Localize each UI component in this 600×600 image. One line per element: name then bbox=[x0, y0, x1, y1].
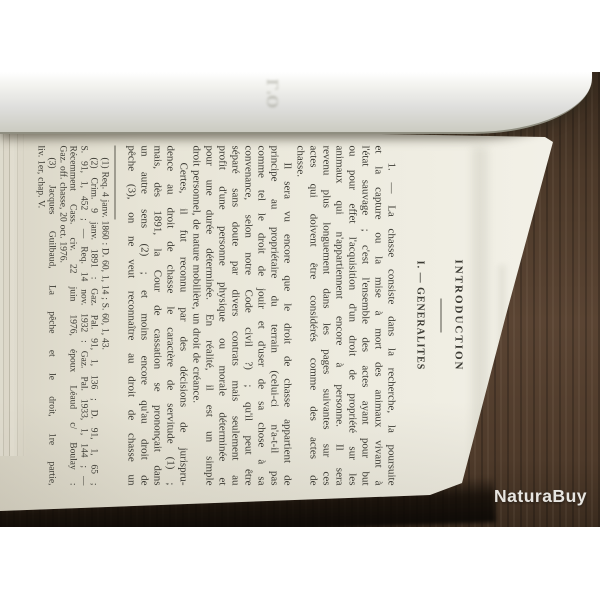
text-line: revenu plus longuement dans les pages su… bbox=[320, 146, 333, 486]
naturabuy-watermark: NaturaBuy bbox=[494, 486, 587, 507]
text-line: Certes, il fut reconnu par des décisions… bbox=[177, 146, 190, 486]
photo-content: INTRODUCTION I. — GENERALITES 1. — La ch… bbox=[0, 72, 600, 527]
footnote-rule bbox=[115, 146, 116, 220]
text-line: droit personnel, de nature mobilière, un… bbox=[190, 146, 203, 486]
text-line: (1) Req. 4 janv. 1860 : D. 60, 1, 14 ; S… bbox=[99, 146, 110, 486]
text-line: et la capture ou la mise à mort des anim… bbox=[372, 146, 385, 486]
text-line: profit d'une personne physique ou morale… bbox=[216, 146, 229, 486]
text-line: 1. — La chasse consiste dans la recherch… bbox=[385, 146, 398, 486]
text-line: mais, dès 1891, la Cour de cassation se … bbox=[151, 146, 164, 486]
text-line: convenance, selon notre Code civil ?) ; … bbox=[242, 146, 255, 486]
footnote-text: (1) Req. 4 janv. 1860 : D. 60, 1, 14 ; S… bbox=[35, 146, 109, 486]
text-line: Gaz. off. chasse, 20 oct. 1976. bbox=[57, 146, 68, 486]
page-heading: INTRODUCTION bbox=[453, 146, 465, 486]
text-line: un autre sens (2) ; et moins encore qu'a… bbox=[138, 146, 151, 486]
heading-rule bbox=[441, 299, 442, 333]
text-line: (3) Jacques Guilbaud, La pêche et le dro… bbox=[46, 146, 57, 486]
body-text: 1. — La chasse consiste dans la recherch… bbox=[125, 146, 398, 486]
text-line: chasse. bbox=[294, 146, 307, 486]
section-heading: I. — GENERALITES bbox=[415, 146, 426, 486]
text-line: animaux qui n'appartiennent encore à per… bbox=[333, 146, 346, 486]
photo: INTRODUCTION I. — GENERALITES 1. — La ch… bbox=[0, 0, 600, 600]
text-line: pêche (3), on ne veut reconnaître au dro… bbox=[125, 146, 138, 486]
turned-page-ghost-text: L'O bbox=[263, 79, 309, 119]
text-line: liv. 1er, chap. V. bbox=[35, 146, 46, 486]
text-line: ou pour effet l'acquisition d'un droit d… bbox=[346, 146, 359, 486]
text-line: Récemment Cass. civ. 22 juin 1976, époux… bbox=[67, 146, 78, 486]
text-line: pour une durée déterminée. En réalité, i… bbox=[203, 146, 216, 486]
text-line: Il sera vu encore que le droit de chasse… bbox=[281, 146, 294, 486]
text-line: séparé sans doute par divers contrats ma… bbox=[229, 146, 242, 486]
text-line: principe au propriétaire du terrain (cel… bbox=[268, 146, 281, 486]
text-line: actes qui doivent être considérés comme … bbox=[307, 146, 320, 486]
text-line: comme tel le droit de jouir et d'user de… bbox=[255, 146, 268, 486]
text-line: (2) Crim. 9 janv. 1891 : Gaz. Pal. 91, 1… bbox=[88, 146, 99, 486]
text-line: dence au droit de chasse le caractère de… bbox=[164, 146, 177, 486]
text-line: S. 91, 1, 452 ; — Req. 14 nov. 1932 : Ga… bbox=[78, 146, 89, 486]
text-line: l'état sauvage ; c'est l'ensemble des ac… bbox=[359, 146, 372, 486]
